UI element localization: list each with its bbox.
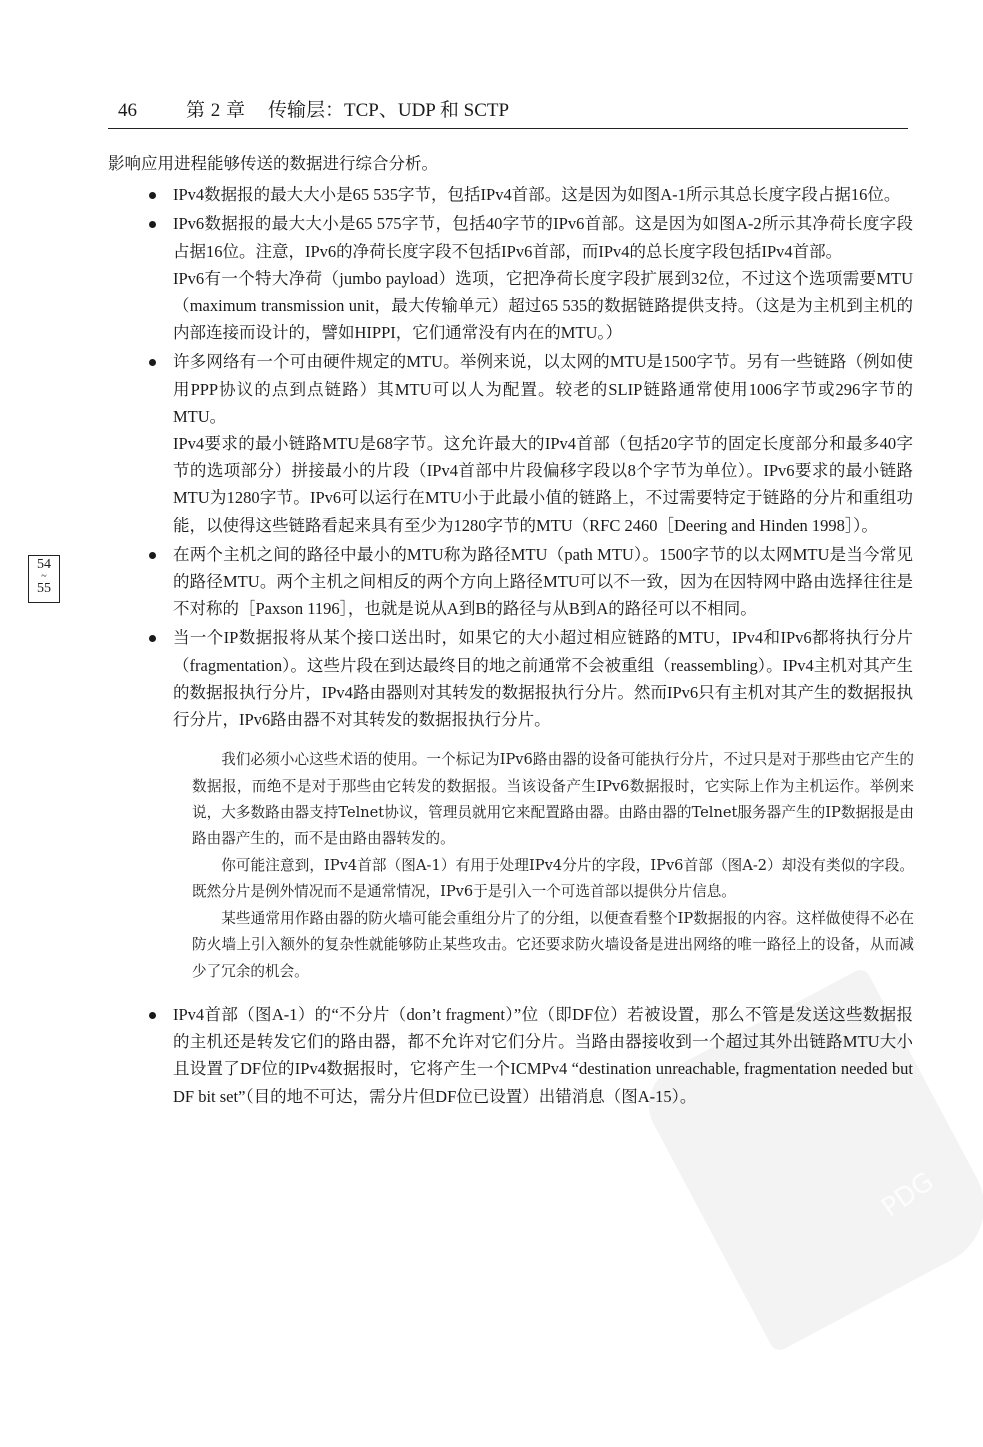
paragraph: IPv6数据报的最大大小是65 575字节，包括40字节的IPv6首部。这是因为… [173, 210, 913, 264]
reference-to: 55 [29, 582, 59, 596]
paragraph: 许多网络有一个可由硬件规定的MTU。举例来说，以太网的MTU是1500字节。另有… [173, 348, 913, 430]
bullet-path-mtu: 在两个主机之间的路径中最小的MTU称为路径MTU（path MTU）。1500字… [108, 541, 913, 623]
note-paragraph: 某些通常用作路由器的防火墙可能会重组分片了的分组，以便查看整个IP数据报的内容。… [192, 906, 914, 985]
bullet-ipv4-max-size: IPv4数据报的最大大小是65 535字节，包括IPv4首部。这是因为如图A-1… [108, 181, 913, 208]
watermark-text: PDG [876, 1167, 939, 1224]
lead-paragraph: 影响应用进程能够传送的数据进行综合分析。 [108, 150, 913, 177]
bullet-icon [149, 192, 156, 199]
paragraph: IPv4数据报的最大大小是65 535字节，包括IPv4首部。这是因为如图A-1… [173, 181, 913, 208]
page-number: 46 [118, 98, 137, 124]
paragraph: 当一个IP数据报将从某个接口送出时，如果它的大小超过相应链路的MTU，IPv4和… [173, 624, 913, 733]
paragraph: 在两个主机之间的路径中最小的MTU称为路径MTU（path MTU）。1500字… [173, 541, 913, 623]
bullet-df-bit: IPv4首部（图A-1）的“不分片（don’t fragment）”位（即DF位… [108, 1001, 913, 1110]
note-block: 我们必须小心这些术语的使用。一个标记为IPv6路由器的设备可能执行分片，不过只是… [192, 747, 914, 985]
bullet-icon [149, 359, 156, 366]
bullet-mtu: 许多网络有一个可由硬件规定的MTU。举例来说，以太网的MTU是1500字节。另有… [108, 348, 913, 538]
bullet-icon [149, 635, 156, 642]
reference-from: 54 [29, 558, 59, 572]
bullet-icon [149, 1012, 156, 1019]
paragraph: IPv4要求的最小链路MTU是68字节。这允许最大的IPv4首部（包括20字节的… [173, 430, 913, 539]
chapter-title: 传输层：TCP、UDP 和 SCTP [268, 98, 509, 124]
note-paragraph: 我们必须小心这些术语的使用。一个标记为IPv6路由器的设备可能执行分片，不过只是… [192, 747, 914, 853]
bullet-icon [149, 221, 156, 228]
bullet-fragmentation: 当一个IP数据报将从某个接口送出时，如果它的大小超过相应链路的MTU，IPv4和… [108, 624, 913, 733]
bullet-ipv6-max-size: IPv6数据报的最大大小是65 575字节，包括40字节的IPv6首部。这是因为… [108, 210, 913, 346]
note-paragraph: 你可能注意到，IPv4首部（图A-1）有用于处理IPv4分片的字段，IPv6首部… [192, 853, 914, 906]
paragraph: IPv6有一个特大净荷（jumbo payload）选项，它把净荷长度字段扩展到… [173, 265, 913, 347]
running-header: 46 第 2 章 传输层：TCP、UDP 和 SCTP [108, 98, 908, 129]
paragraph: IPv4首部（图A-1）的“不分片（don’t fragment）”位（即DF位… [173, 1001, 913, 1110]
body-text: 影响应用进程能够传送的数据进行综合分析。 IPv4数据报的最大大小是65 535… [108, 150, 913, 1112]
chapter-label: 第 2 章 [186, 98, 246, 124]
original-page-reference: 54 ~ 55 [28, 555, 60, 603]
bullet-icon [149, 552, 156, 559]
